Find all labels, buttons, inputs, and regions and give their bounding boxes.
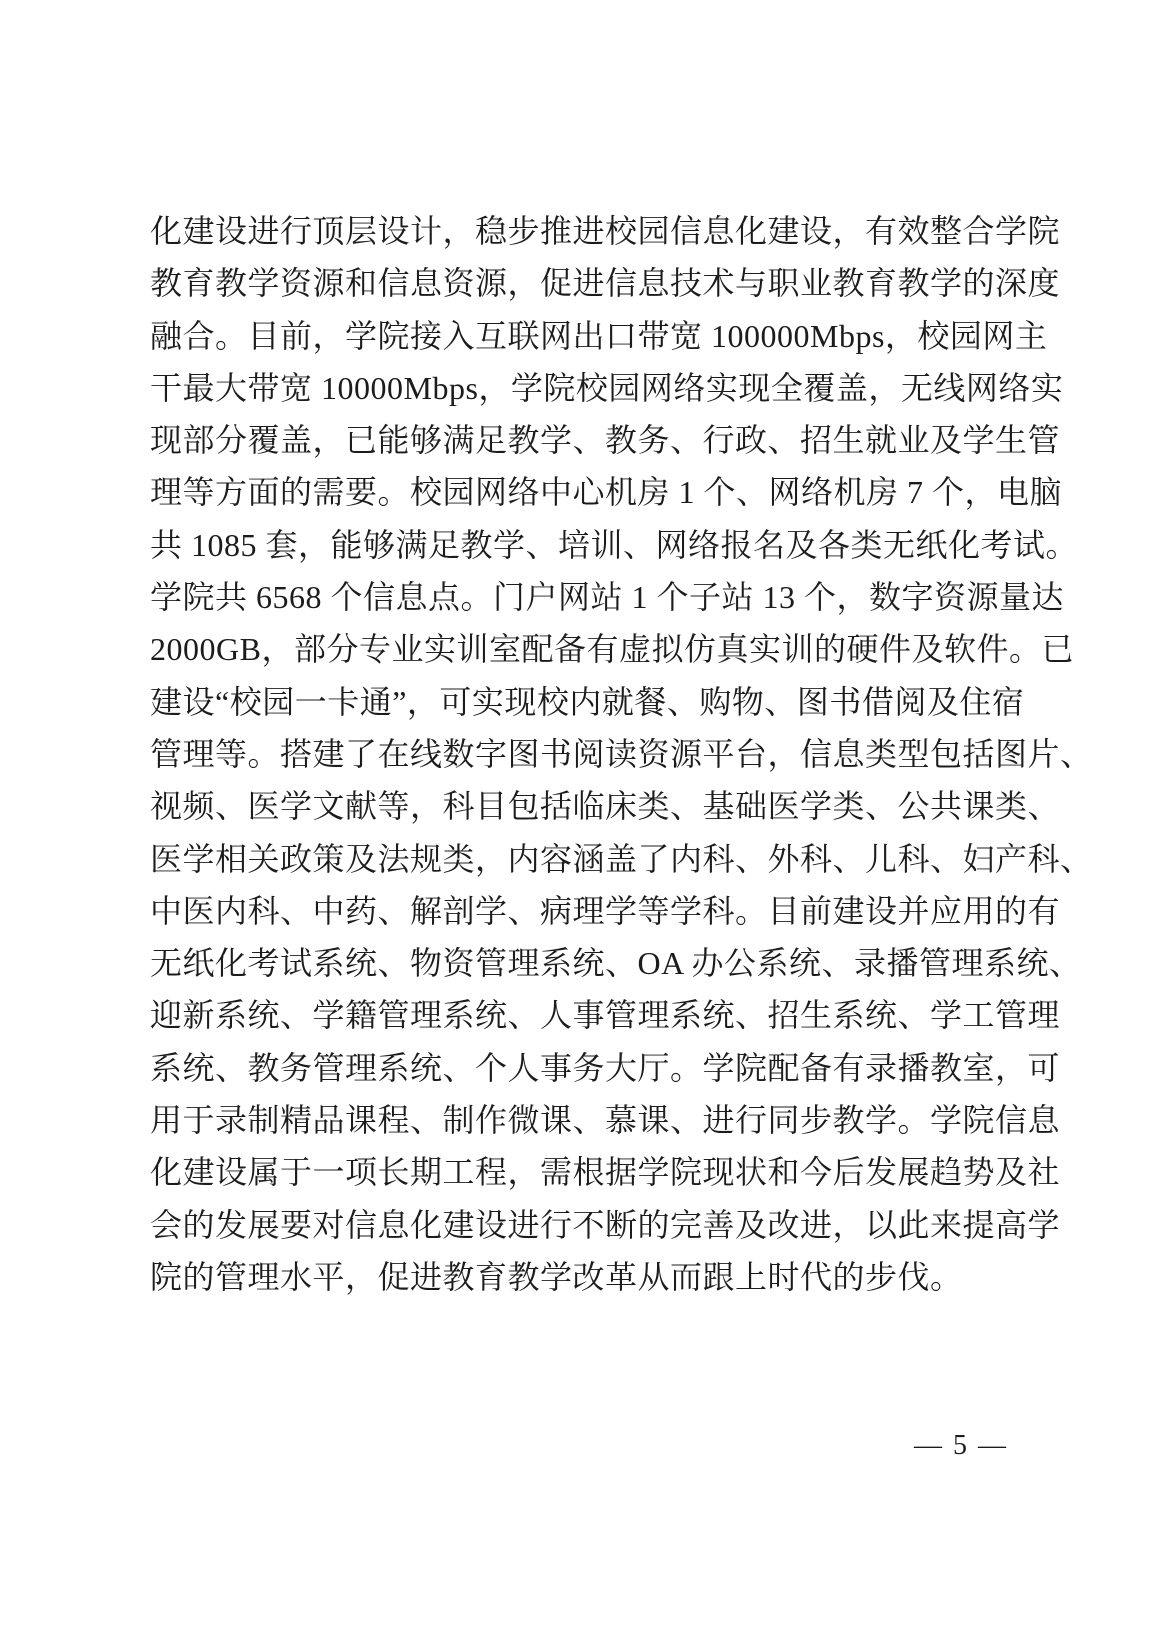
text-line: 现部分覆盖，已能够满足教学、教务、行政、招生就业及学生管 xyxy=(150,414,1006,466)
text-line: 建设“校园一卡通”，可实现校内就餐、购物、图书借阅及住宿 xyxy=(150,676,1006,728)
text-line: 医学相关政策及法规类，内容涵盖了内科、外科、儿科、妇产科、 xyxy=(150,833,1006,885)
body-text: 化建设进行顶层设计，稳步推进校园信息化建设，有效整合学院 教育教学资源和信息资源… xyxy=(150,205,1006,1303)
text-line: 理等方面的需要。校园网络中心机房 1 个、网络机房 7 个，电脑 xyxy=(150,466,1006,518)
text-line: 无纸化考试系统、物资管理系统、OA 办公系统、录播管理系统、 xyxy=(150,937,1006,989)
text-line: 管理等。搭建了在线数字图书阅读资源平台，信息类型包括图片、 xyxy=(150,728,1006,780)
document-page: 化建设进行顶层设计，稳步推进校园信息化建设，有效整合学院 教育教学资源和信息资源… xyxy=(0,0,1150,1626)
page-number: — 5 — xyxy=(914,1430,1008,1462)
text-line: 迎新系统、学籍管理系统、人事管理系统、招生系统、学工管理 xyxy=(150,989,1006,1041)
text-line: 学院共 6568 个信息点。门户网站 1 个子站 13 个，数字资源量达 xyxy=(150,571,1006,623)
text-line: 会的发展要对信息化建设进行不断的完善及改进，以此来提高学 xyxy=(150,1199,1006,1251)
text-line: 干最大带宽 10000Mbps，学院校园网络实现全覆盖，无线网络实 xyxy=(150,362,1006,414)
text-line: 融合。目前，学院接入互联网出口带宽 100000Mbps，校园网主 xyxy=(150,310,1006,362)
text-line: 2000GB，部分专业实训室配备有虚拟仿真实训的硬件及软件。已 xyxy=(150,623,1006,675)
text-line: 化建设属于一项长期工程，需根据学院现状和今后发展趋势及社 xyxy=(150,1146,1006,1198)
text-line: 共 1085 套，能够满足教学、培训、网络报名及各类无纸化考试。 xyxy=(150,519,1006,571)
text-line: 系统、教务管理系统、个人事务大厅。学院配备有录播教室，可 xyxy=(150,1042,1006,1094)
text-line: 视频、医学文献等，科目包括临床类、基础医学类、公共课类、 xyxy=(150,780,1006,832)
text-line: 中医内科、中药、解剖学、病理学等学科。目前建设并应用的有 xyxy=(150,885,1006,937)
text-line: 化建设进行顶层设计，稳步推进校园信息化建设，有效整合学院 xyxy=(150,205,1006,257)
text-line: 教育教学资源和信息资源，促进信息技术与职业教育教学的深度 xyxy=(150,257,1006,309)
text-line: 用于录制精品课程、制作微课、慕课、进行同步教学。学院信息 xyxy=(150,1094,1006,1146)
text-line: 院的管理水平，促进教育教学改革从而跟上时代的步伐。 xyxy=(150,1251,1006,1303)
